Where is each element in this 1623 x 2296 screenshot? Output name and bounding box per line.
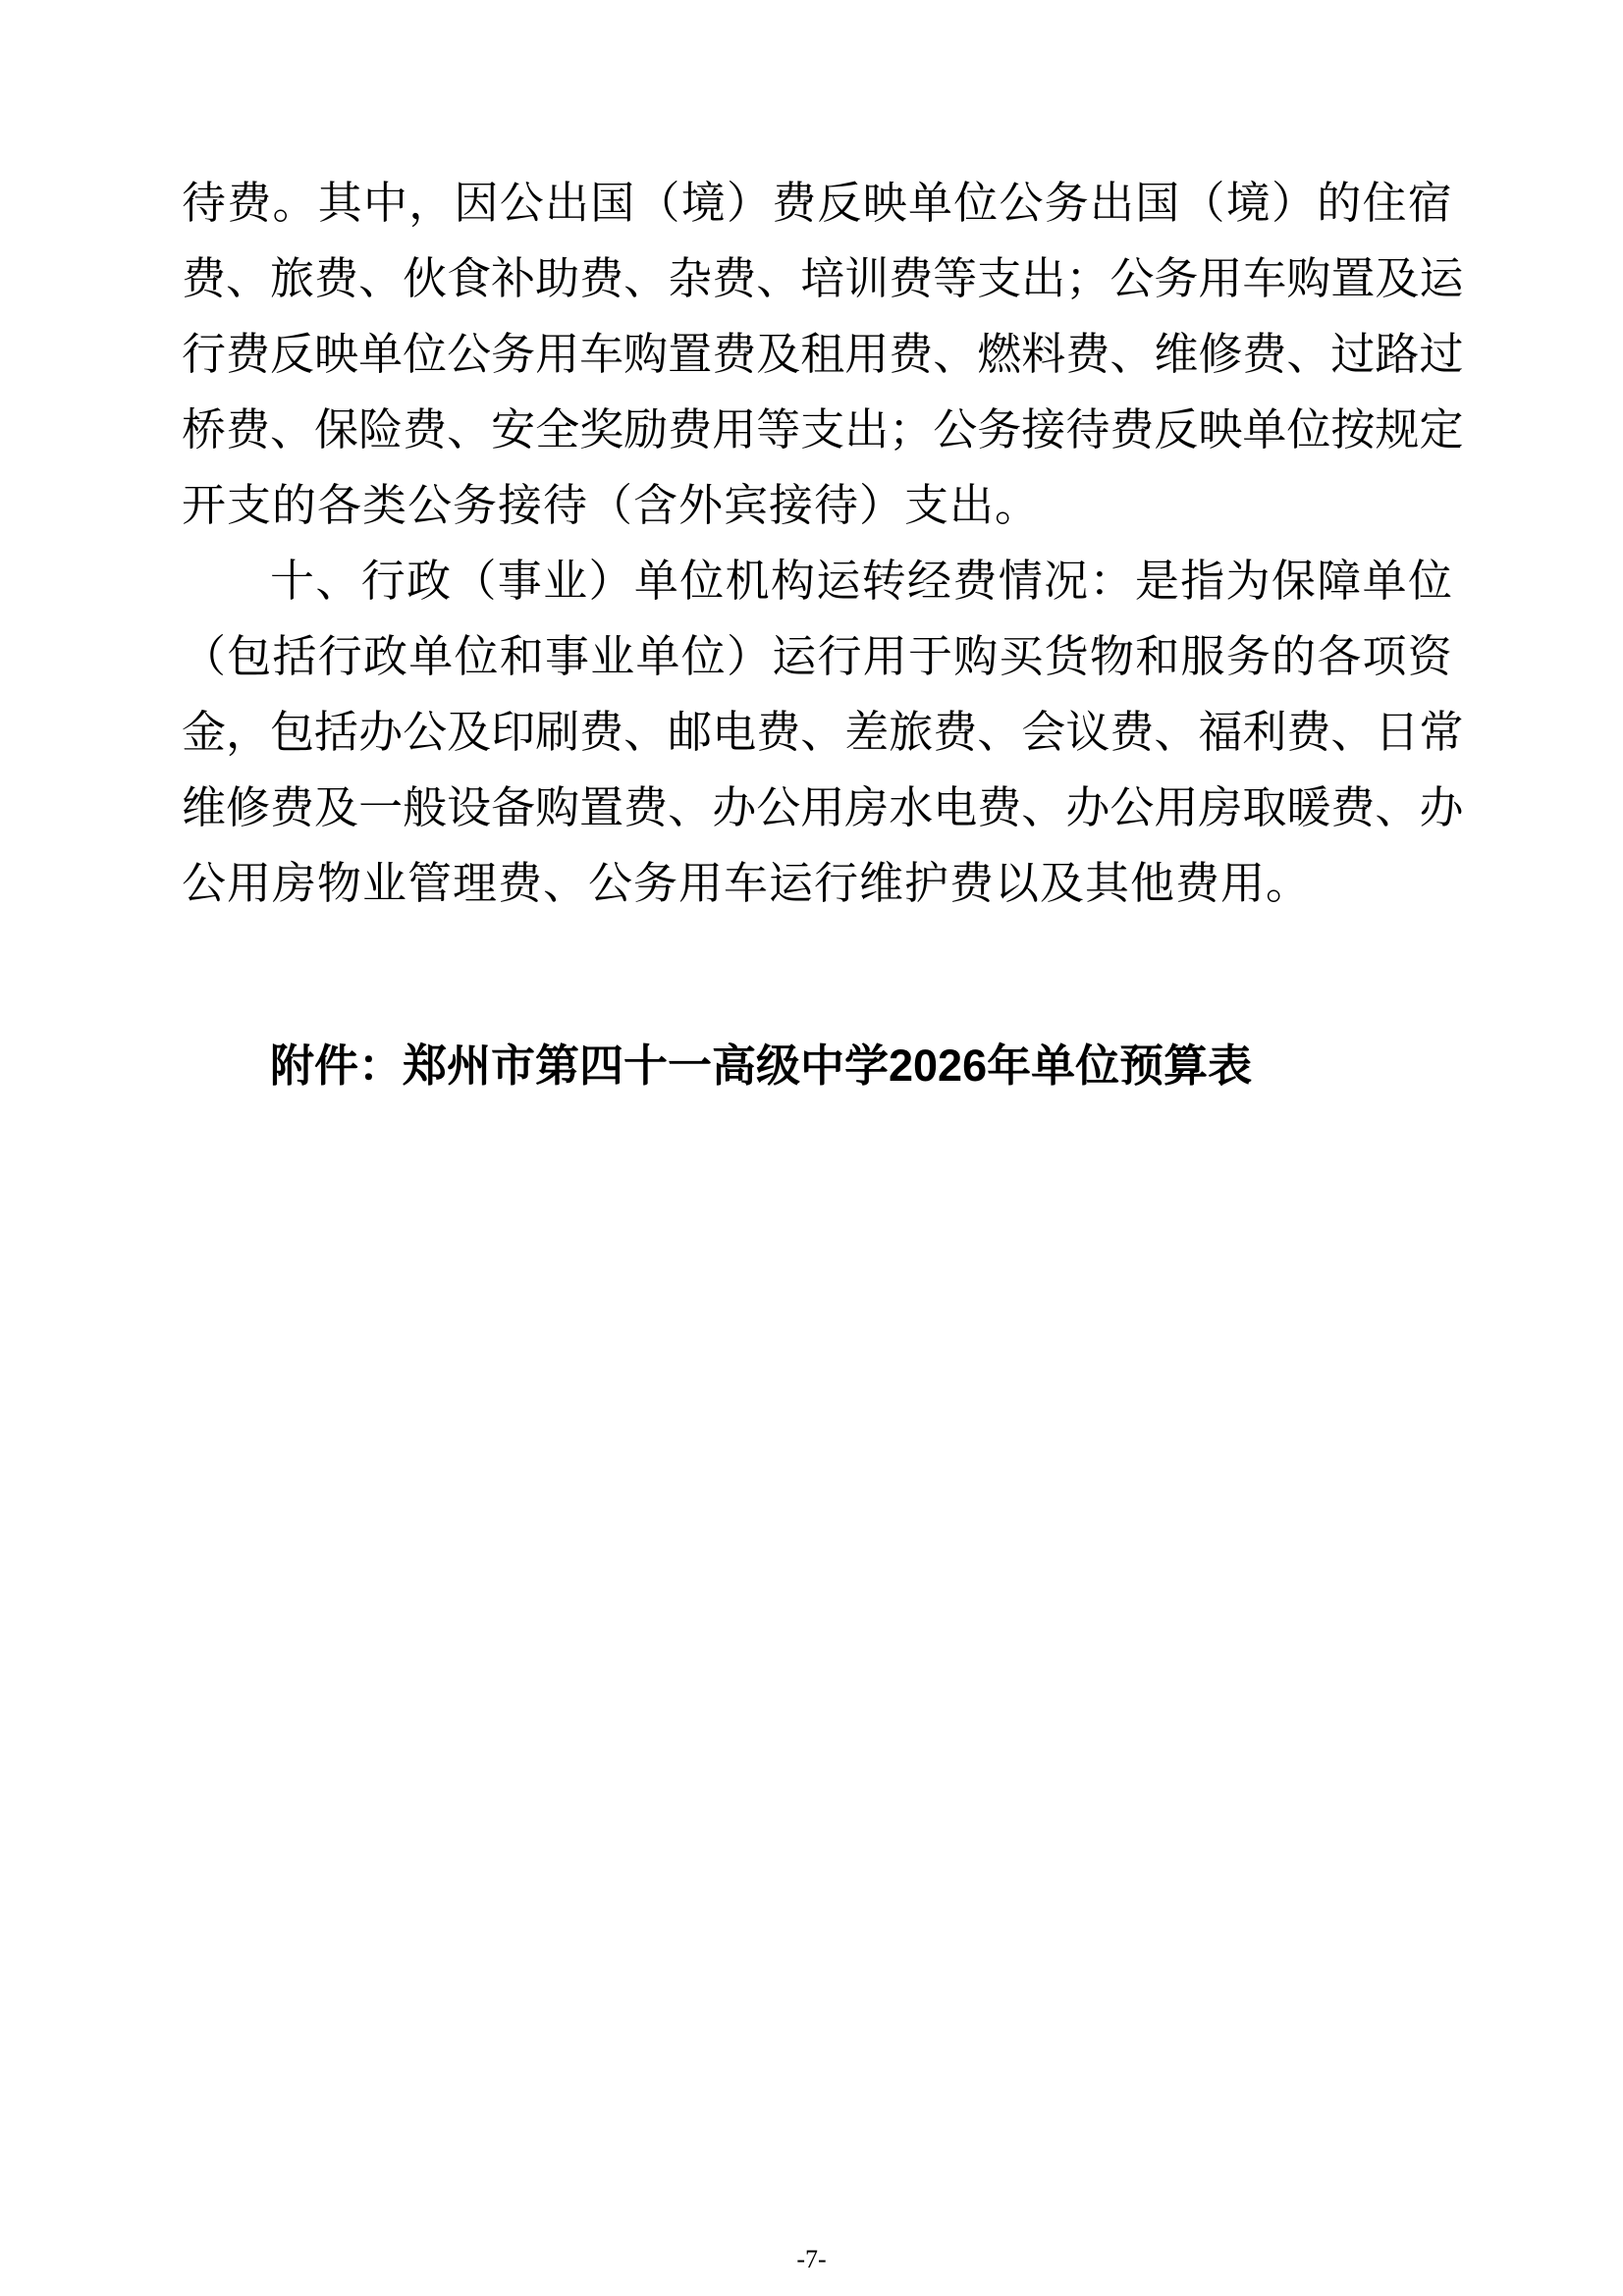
document-line: 桥费、保险费、安全奖励费用等支出；公务接待费反映单位按规定	[182, 393, 1452, 468]
document-body: 待费。其中，因公出国（境）费反映单位公务出国（境）的住宿 费、旅费、伙食补助费、…	[182, 166, 1452, 922]
document-line: 待费。其中，因公出国（境）费反映单位公务出国（境）的住宿	[182, 166, 1452, 241]
document-line: 开支的各类公务接待（含外宾接待）支出。	[182, 468, 1452, 544]
paragraph-operating-expenses: 十、行政（事业）单位机构运转经费情况：是指为保障单位 （包括行政单位和事业单位）…	[182, 544, 1452, 922]
document-line: 金，包括办公及印刷费、邮电费、差旅费、会议费、福利费、日常	[182, 695, 1452, 771]
paragraph-expense-notes: 待费。其中，因公出国（境）费反映单位公务出国（境）的住宿 费、旅费、伙食补助费、…	[182, 166, 1452, 544]
page-number: -7-	[0, 2245, 1623, 2274]
document-line: 维修费及一般设备购置费、办公用房水电费、办公用房取暖费、办	[182, 771, 1452, 846]
document-line: 十、行政（事业）单位机构运转经费情况：是指为保障单位	[182, 544, 1452, 619]
attachment-line: 附件：郑州市第四十一高级中学2026年单位预算表	[270, 1028, 1252, 1104]
document-page: 待费。其中，因公出国（境）费反映单位公务出国（境）的住宿 费、旅费、伙食补助费、…	[0, 0, 1623, 2296]
document-line: 费、旅费、伙食补助费、杂费、培训费等支出；公务用车购置及运	[182, 241, 1452, 317]
document-line: 行费反映单位公务用车购置费及租用费、燃料费、维修费、过路过	[182, 317, 1452, 393]
document-line: （包括行政单位和事业单位）运行用于购买货物和服务的各项资	[182, 619, 1452, 695]
document-line: 公用房物业管理费、公务用车运行维护费以及其他费用。	[182, 846, 1452, 922]
